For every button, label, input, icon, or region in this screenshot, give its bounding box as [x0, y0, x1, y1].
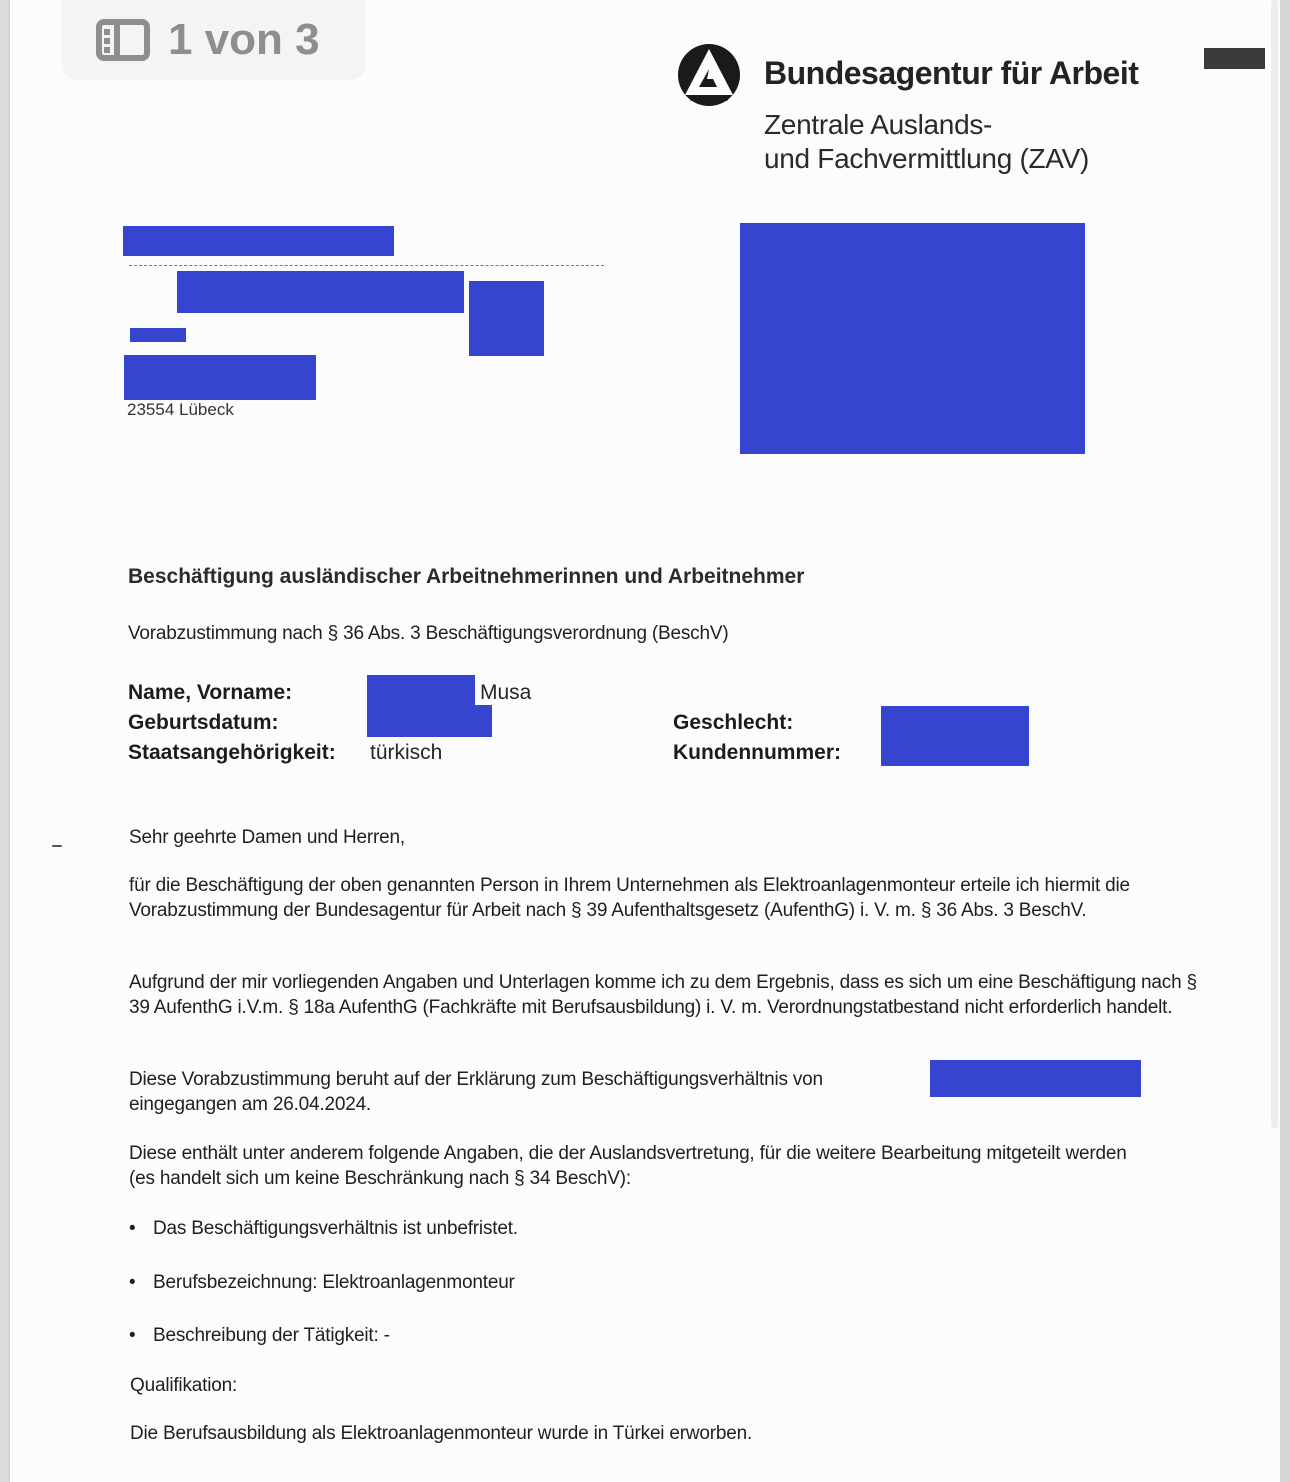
redacted-recipient-extra	[469, 281, 544, 356]
organization-name: Bundesagentur für Arbeit	[764, 55, 1138, 92]
first-name-value: Musa	[480, 681, 531, 705]
nationality-label: Staatsangehörigkeit:	[128, 741, 336, 765]
ba-logo-icon	[677, 43, 741, 107]
redacted-street	[124, 355, 316, 400]
paragraph-details-intro: Diese enthält unter anderem folgende Ang…	[129, 1141, 1129, 1191]
redacted-gender-customer-number	[881, 706, 1029, 766]
redacted-recipient-name	[177, 271, 464, 313]
redacted-birthdate	[367, 705, 492, 737]
redacted-contact-block	[740, 223, 1085, 454]
address-city: 23554 Lübeck	[127, 400, 234, 420]
paragraph-approval: für die Beschäftigung der oben genannten…	[129, 873, 1209, 923]
department-name: Zentrale Auslands- und Fachvermittlung (…	[764, 108, 1089, 176]
sender-divider	[129, 265, 604, 266]
subject-subtitle: Vorabzustimmung nach § 36 Abs. 3 Beschäf…	[128, 623, 728, 645]
page-indicator[interactable]: 1 von 3	[62, 0, 366, 80]
qualification-text: Die Berufsausbildung als Elektroanlagenm…	[130, 1423, 752, 1445]
paragraph-result: Aufgrund der mir vorliegenden Angaben un…	[129, 970, 1209, 1020]
paragraph-basis-line1: Diese Vorabzustimmung beruht auf der Erk…	[129, 1069, 823, 1091]
scan-artifact	[52, 845, 62, 847]
redacted-employer	[930, 1060, 1141, 1097]
customer-number-label: Kundennummer:	[673, 741, 841, 765]
redacted-surname	[367, 675, 475, 707]
page-count: 1 von 3	[168, 15, 320, 65]
qualification-label: Qualifikation:	[130, 1375, 237, 1397]
scrollbar-track[interactable]	[1280, 0, 1290, 1482]
stamp-mark	[1204, 48, 1265, 69]
list-item: •Berufsbezeichnung: Elektroanlagenmonteu…	[129, 1272, 515, 1294]
redacted-sender	[123, 226, 394, 256]
list-item: •Das Beschäftigungsverhältnis ist unbefr…	[129, 1218, 518, 1240]
list-item: •Beschreibung der Tätigkeit: -	[129, 1325, 390, 1347]
redacted-recipient-short	[130, 328, 186, 342]
salutation: Sehr geehrte Damen und Herren,	[129, 827, 405, 849]
subject-title: Beschäftigung ausländischer Arbeitnehmer…	[128, 565, 804, 589]
nationality-value: türkisch	[370, 741, 442, 765]
name-label: Name, Vorname:	[128, 681, 292, 705]
paragraph-basis-line2: eingegangen am 26.04.2024.	[129, 1094, 371, 1116]
birthdate-label: Geburtsdatum:	[128, 711, 279, 735]
scrollbar-thumb[interactable]	[1271, 0, 1278, 1128]
sidebar-thumbnails-icon	[96, 19, 150, 61]
gender-label: Geschlecht:	[673, 711, 793, 735]
